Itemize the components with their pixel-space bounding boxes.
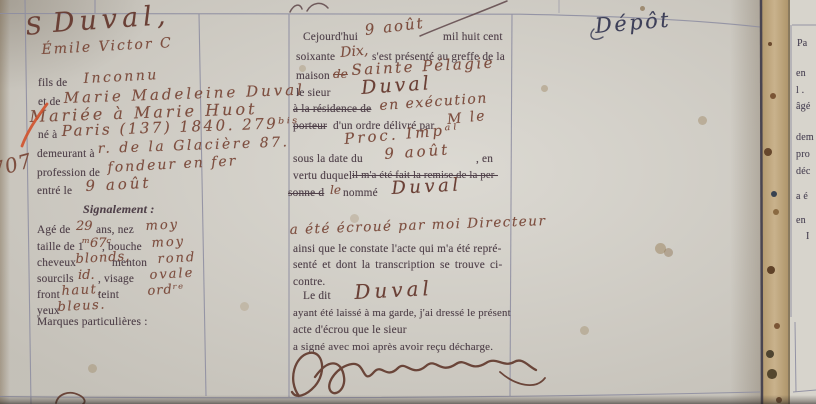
value-front: haut, bbox=[61, 282, 103, 299]
label-ans-nez: ans, nez bbox=[96, 224, 134, 236]
printed-a-signe: a signé avec moi après avoir reçu déchar… bbox=[293, 341, 493, 353]
label-menton: menton bbox=[112, 257, 147, 269]
value-menton: rond bbox=[157, 250, 196, 267]
printed-sous-la-date: sous la date du bbox=[293, 153, 363, 165]
printed-vertu-duquel: vertu duquel bbox=[293, 170, 352, 182]
value-profession: fondeur en fer bbox=[107, 153, 238, 176]
marks-label: Marques particulières : bbox=[37, 316, 148, 328]
next-page-fragment-2: l . bbox=[796, 85, 804, 96]
label-ne-a: né à bbox=[38, 129, 57, 141]
next-page-fragment-3: âgé bbox=[796, 101, 810, 112]
printed-en: , en bbox=[476, 153, 493, 165]
next-page-fragment-1: en bbox=[796, 68, 806, 79]
depot-annotation: Dépôt bbox=[594, 7, 672, 38]
printed-le-dit: Le dit bbox=[303, 290, 331, 302]
next-page-fragment-0: Pa bbox=[797, 38, 807, 49]
printed-cejourdhui: Cejourd'hui bbox=[303, 31, 358, 43]
next-page-fragment-4: dem bbox=[796, 132, 814, 143]
printed-le-sieur: le sieur bbox=[296, 87, 331, 99]
printed-maison: maison bbox=[296, 70, 330, 82]
label-cheveux: cheveux bbox=[37, 257, 76, 269]
value-father: Inconnu bbox=[83, 67, 159, 87]
gutter-speckles bbox=[768, 42, 772, 46]
next-page-fragment-9: I bbox=[806, 231, 810, 242]
label-visage: , visage bbox=[98, 273, 134, 285]
next-page-fragment-6: déc bbox=[796, 166, 810, 177]
surname-heading: Duval, bbox=[52, 0, 171, 39]
foxing-spots bbox=[640, 6, 645, 11]
printed-soixante: soixante bbox=[296, 51, 335, 63]
signalement-title: Signalement : bbox=[83, 202, 155, 217]
hw-date-2: 9 août bbox=[384, 140, 451, 163]
hw-dix: Dix, bbox=[340, 43, 369, 61]
next-row-fragment bbox=[56, 393, 85, 404]
label-age: Agé de bbox=[37, 224, 71, 236]
printed-mil-huit-cent: mil huit cent bbox=[443, 31, 503, 43]
bottom-edge-shadow bbox=[0, 395, 816, 404]
left-edge-shadow bbox=[0, 0, 10, 404]
given-names: Émile Victor C bbox=[41, 35, 173, 58]
value-bouche: moy bbox=[151, 234, 185, 251]
value-age: 29 bbox=[76, 219, 93, 234]
register-number: 707 bbox=[0, 148, 35, 182]
printed-sente-et-dont: senté et dont la transcription se trouve… bbox=[293, 259, 502, 271]
printed-nomme: nommé bbox=[343, 187, 378, 199]
director-signature bbox=[292, 353, 545, 396]
next-page-fragment-8: en bbox=[796, 215, 806, 226]
hw-duval-2: Duval bbox=[391, 174, 462, 199]
next-page-strip bbox=[790, 0, 816, 404]
hw-de-struck: de bbox=[333, 67, 348, 81]
label-demeurant: demeurant à bbox=[37, 148, 95, 160]
label-fils-de: fils de bbox=[38, 77, 67, 89]
printed-sonne-struck: sonne d bbox=[288, 187, 324, 199]
next-page-fragment-7: a é bbox=[796, 191, 808, 202]
printed-residence-struck: à la résidence de bbox=[293, 103, 371, 115]
printed-contre: contre. bbox=[293, 276, 325, 288]
binding-gutter bbox=[762, 0, 790, 404]
value-entry-date: 9 août bbox=[85, 174, 152, 195]
value-visage: ovale bbox=[149, 266, 195, 283]
gutter-shadow bbox=[730, 0, 762, 404]
margin-annotation: S bbox=[24, 11, 43, 41]
hw-ecroue-par-moi: a été écroué par moi Directeur bbox=[289, 213, 546, 238]
value-sourcils: id. bbox=[78, 268, 95, 283]
register-scan: S 707 Duval, Émile Victor C fils de Inco… bbox=[0, 0, 816, 404]
label-entre-le: entré le bbox=[37, 185, 72, 197]
hw-le: le bbox=[330, 183, 341, 197]
hw-date-1: 9 août bbox=[364, 14, 426, 39]
printed-porteur-struck: porteur bbox=[293, 120, 327, 132]
value-nez: moy bbox=[145, 217, 179, 234]
value-teint: ordʳᵉ bbox=[147, 281, 185, 299]
next-page-fragment-5: pro bbox=[796, 149, 810, 160]
value-yeux: bleus. bbox=[57, 297, 106, 315]
hw-duval-3: Duval bbox=[354, 276, 434, 304]
printed-ayant-ete-laisse: ayant été laissé à ma garde, j'ai dressé… bbox=[293, 307, 511, 319]
printed-acte-decrou: acte d'écrou que le sieur bbox=[293, 324, 407, 336]
printed-ainsi-que: ainsi que le constate l'acte qui m'a été… bbox=[293, 243, 502, 255]
